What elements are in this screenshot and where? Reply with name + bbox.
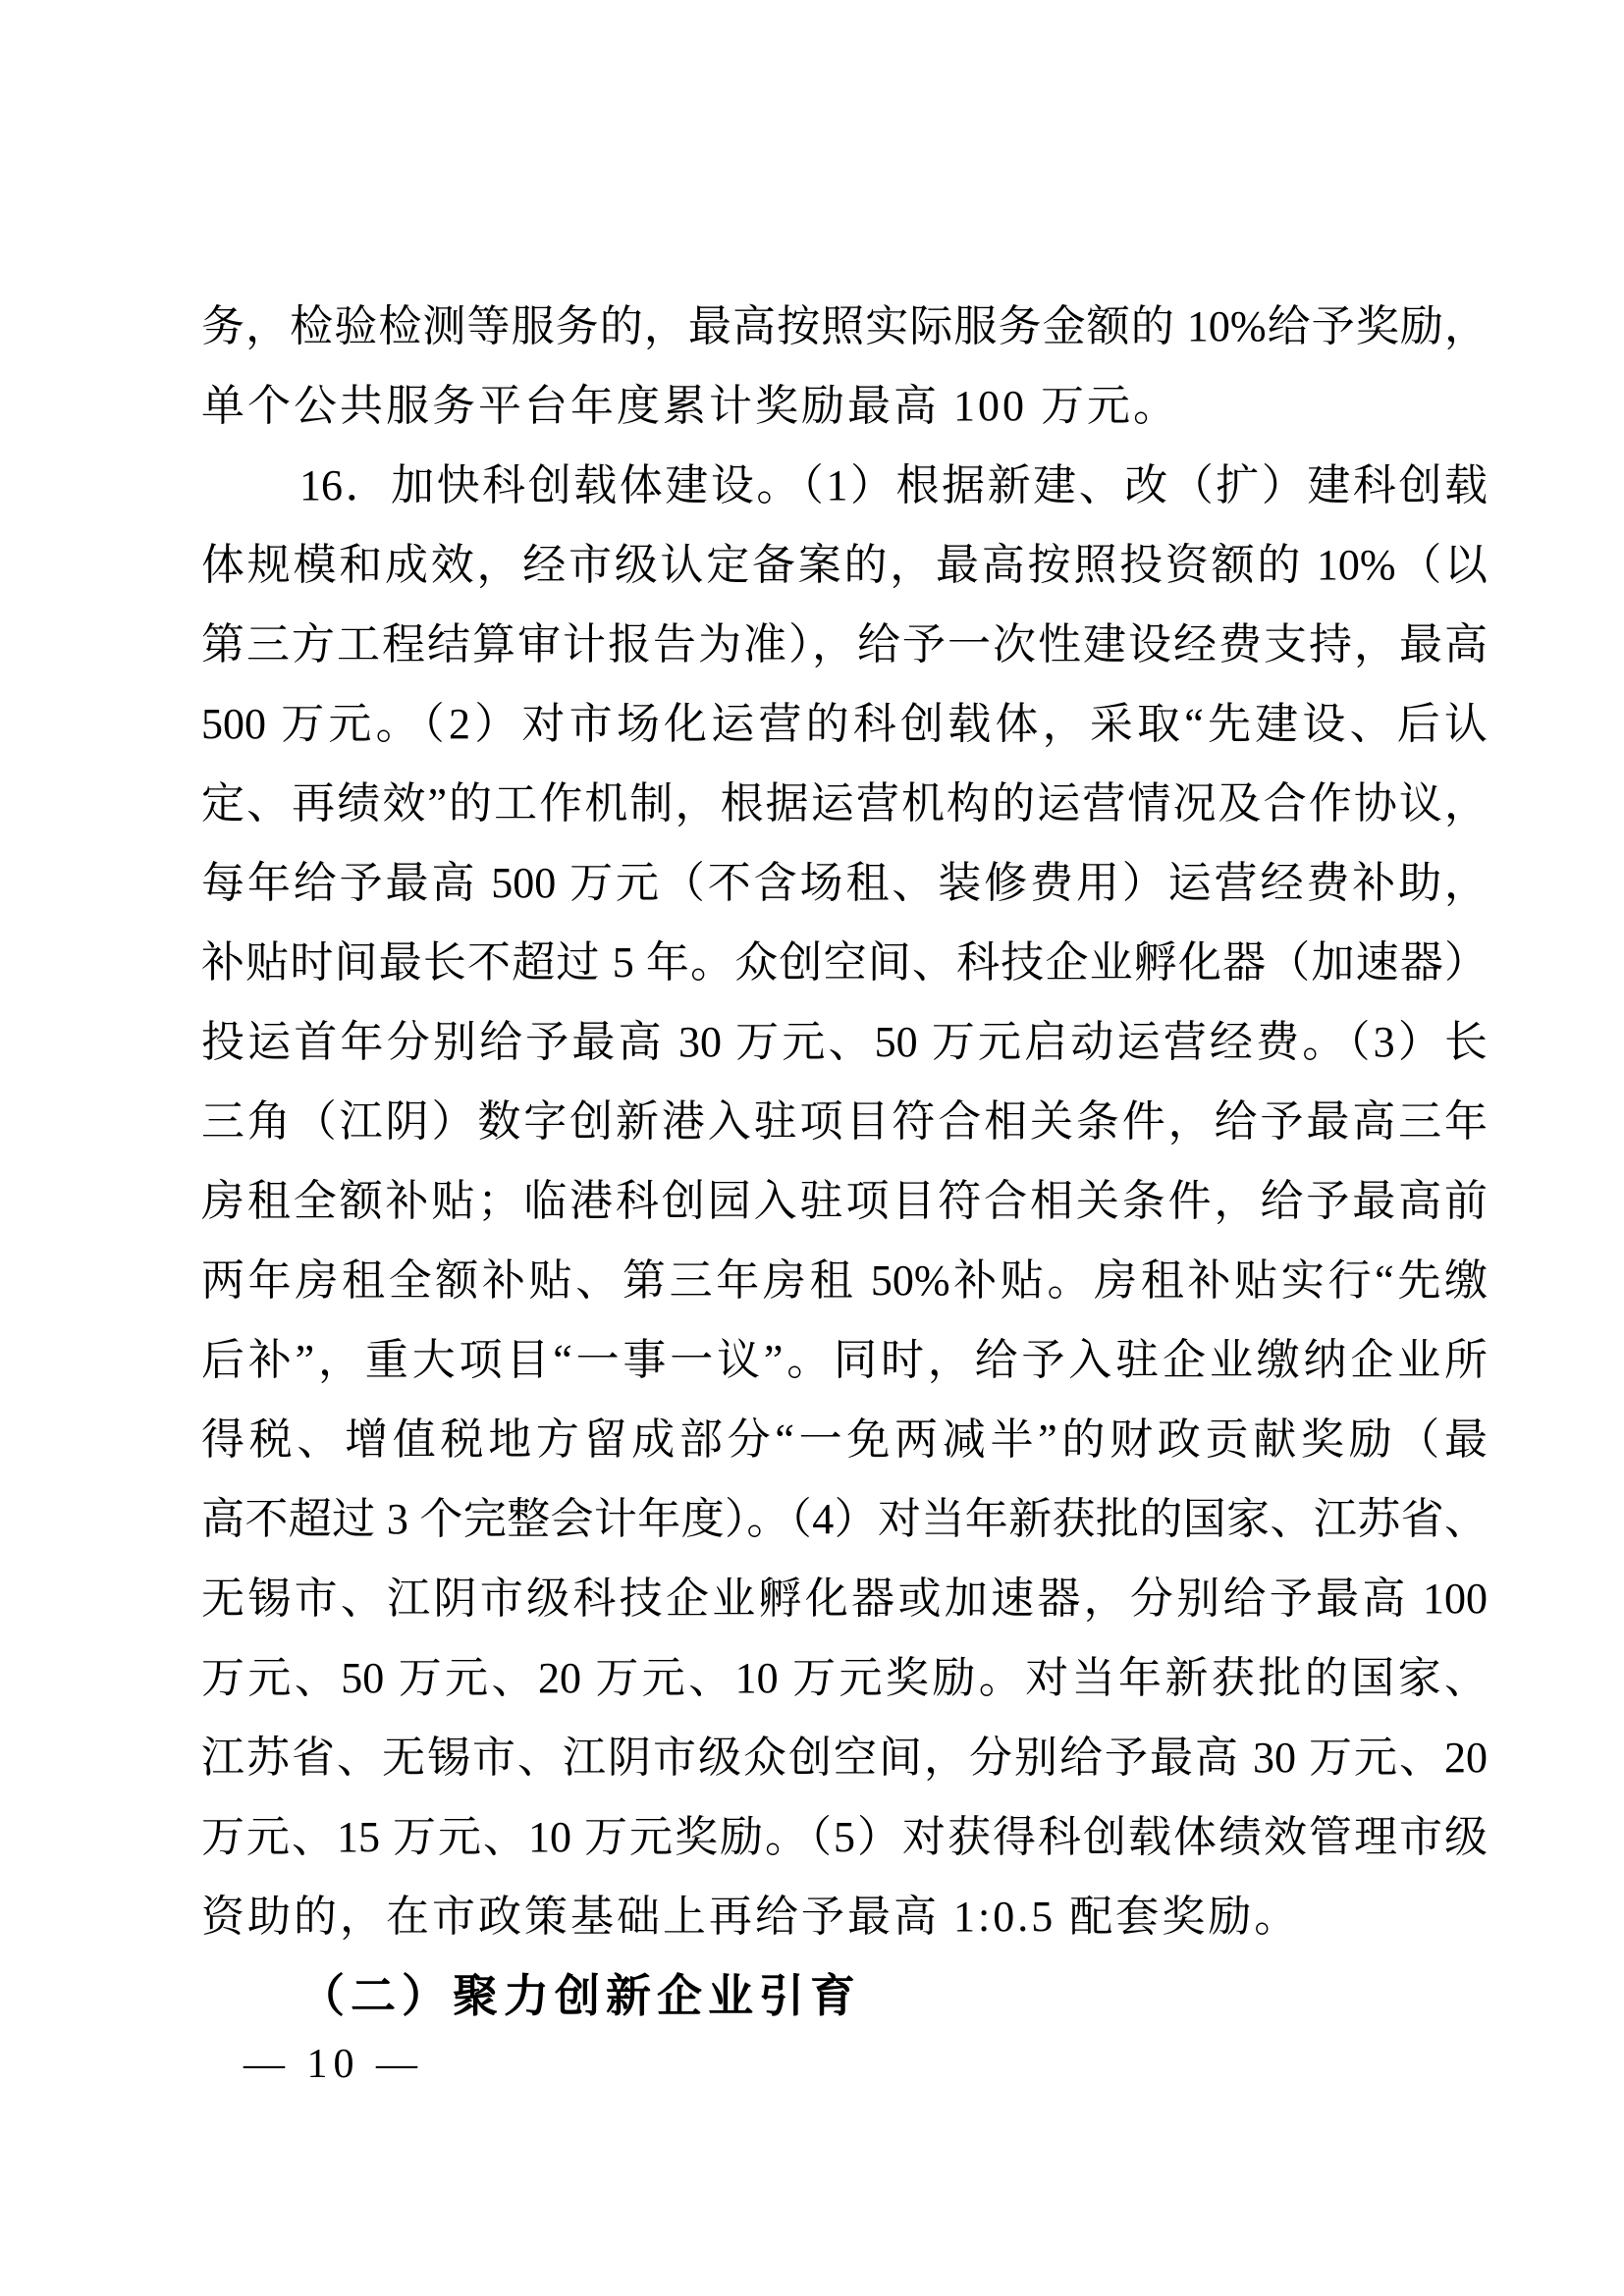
text-line: 两年房租全额补贴、第三年房租 50%补贴。房租补贴实行“先缴 <box>201 1241 1488 1320</box>
text-line: 务，检验检测等服务的，最高按照实际服务金额的 10%给予奖励， <box>201 287 1488 366</box>
page-number: — 10 — <box>244 2040 423 2089</box>
text-line: 投运首年分别给予最高 30 万元、50 万元启动运营经费。（3）长 <box>201 1002 1488 1082</box>
text-line: 得税、增值税地方留成部分“一免两减半”的财政贡献奖励（最 <box>201 1400 1488 1479</box>
text-line: 万元、50 万元、20 万元、10 万元奖励。对当年新获批的国家、 <box>201 1638 1488 1718</box>
text-line: 定、再绩效”的工作机制，根据运营机构的运营情况及合作协议， <box>201 764 1488 843</box>
text-line: 每年给予最高 500 万元（不含场租、装修费用）运营经费补助， <box>201 843 1488 923</box>
text-line: 资助的，在市政策基础上再给予最高 1:0.5 配套奖励。 <box>201 1877 1488 1956</box>
text-line: 500 万元。（2）对市场化运营的科创载体，采取“先建设、后认 <box>201 684 1488 764</box>
text-line: 16．加快科创载体建设。（1）根据新建、改（扩）建科创载 <box>201 446 1488 525</box>
text-line: 无锡市、江阴市级科技企业孵化器或加速器，分别给予最高 100 <box>201 1559 1488 1638</box>
text-line: 房租全额补贴；临港科创园入驻项目符合相关条件，给予最高前 <box>201 1161 1488 1241</box>
text-line: 后补”，重大项目“一事一议”。同时，给予入驻企业缴纳企业所 <box>201 1320 1488 1400</box>
text-line: 三角（江阴）数字创新港入驻项目符合相关条件，给予最高三年 <box>201 1082 1488 1161</box>
text-line: 单个公共服务平台年度累计奖励最高 100 万元。 <box>201 366 1488 446</box>
text-line: 补贴时间最长不超过 5 年。众创空间、科技企业孵化器（加速器） <box>201 923 1488 1002</box>
text-line: 高不超过 3 个完整会计年度）。（4）对当年新获批的国家、江苏省、 <box>201 1479 1488 1559</box>
body-text: 务，检验检测等服务的，最高按照实际服务金额的 10%给予奖励，单个公共服务平台年… <box>201 287 1488 2036</box>
text-line: 体规模和成效，经市级认定备案的，最高按照投资额的 10%（以 <box>201 525 1488 605</box>
text-line: 江苏省、无锡市、江阴市级众创空间，分别给予最高 30 万元、20 <box>201 1718 1488 1797</box>
text-line: 第三方工程结算审计报告为准），给予一次性建设经费支持，最高 <box>201 605 1488 684</box>
section-heading: （二）聚力创新企业引育 <box>201 1956 1488 2036</box>
text-line: 万元、15 万元、10 万元奖励。（5）对获得科创载体绩效管理市级 <box>201 1797 1488 1877</box>
document-page: 务，检验检测等服务的，最高按照实际服务金额的 10%给予奖励，单个公共服务平台年… <box>0 0 1624 2296</box>
